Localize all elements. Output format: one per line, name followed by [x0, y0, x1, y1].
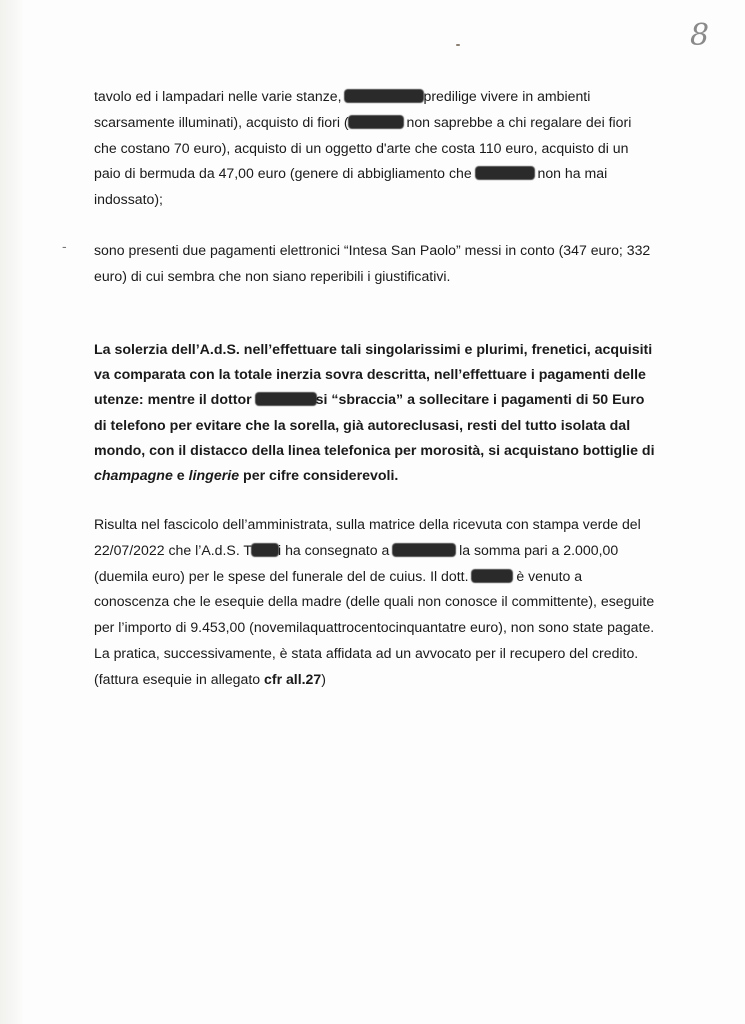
redaction-block [472, 570, 512, 582]
text-line: La pratica, successivamente, è stata aff… [94, 641, 674, 667]
bullet-dash: - [62, 238, 67, 254]
scan-shadow [0, 0, 24, 1024]
redaction-block [349, 116, 403, 128]
text-line: utenze: mentre il dottor si “sbraccia” a… [94, 388, 674, 413]
paragraph-funeral: Risulta nel fascicolo dell’amministrata,… [94, 512, 674, 693]
text-line: che costano 70 euro), acquisto di un ogg… [94, 136, 674, 162]
text-line: va comparata con la totale inerzia sovra… [94, 363, 674, 388]
text-line: scarsamente illuminati), acquisto di fio… [94, 110, 674, 136]
text-line: Risulta nel fascicolo dell’amministrata,… [94, 512, 674, 538]
paragraph-purchases: tavolo ed i lampadari nelle varie stanze… [94, 84, 674, 213]
text-line: conoscenza che le esequie della madre (d… [94, 589, 674, 615]
text-line: indossato); [94, 187, 674, 213]
redaction-block [393, 544, 455, 556]
redaction-block [252, 544, 278, 556]
text-line: sono presenti due pagamenti elettronici … [94, 238, 674, 264]
text-line: (fattura esequie in allegato cfr all.27) [94, 667, 674, 693]
handwritten-page-number: 8 [690, 18, 709, 53]
paragraph-bold-statement: La solerzia dell’A.d.S. nell’effettuare … [94, 338, 674, 489]
text-line: mondo, con il distacco della linea telef… [94, 439, 674, 464]
text-line: (duemila euro) per le spese del funerale… [94, 564, 674, 590]
text-line: 22/07/2022 che l’A.d.S. Ti ha consegnato… [94, 538, 674, 564]
text-line: champagne e lingerie per cifre considere… [94, 464, 674, 489]
text-line: La solerzia dell’A.d.S. nell’effettuare … [94, 338, 674, 363]
text-line: paio di bermuda da 47,00 euro (genere di… [94, 161, 674, 187]
redaction-block [476, 167, 534, 179]
text-line: di telefono per evitare che la sorella, … [94, 414, 674, 439]
redaction-block [345, 90, 423, 102]
redaction-block [256, 393, 316, 405]
text-line: per l’importo di 9.453,00 (novemilaquatt… [94, 615, 674, 641]
paragraph-payments: sono presenti due pagamenti elettronici … [94, 238, 674, 290]
scan-speck [456, 44, 460, 46]
text-line: tavolo ed i lampadari nelle varie stanze… [94, 84, 674, 110]
text-line: euro) di cui sembra che non siano reperi… [94, 264, 674, 290]
